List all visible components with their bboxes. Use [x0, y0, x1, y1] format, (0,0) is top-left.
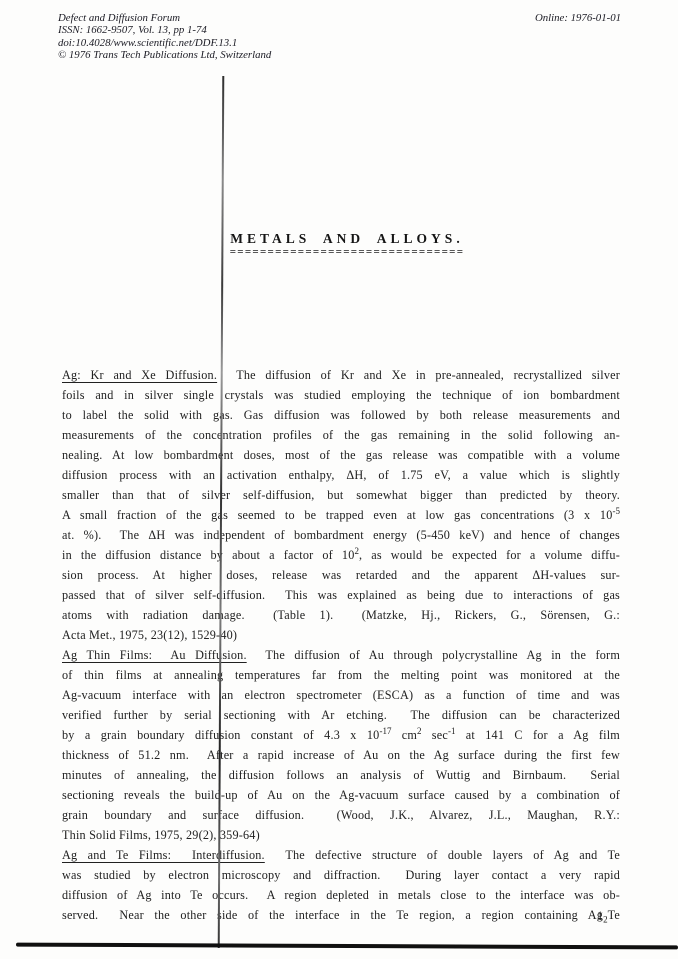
text-line: A small fraction of the gas seemed to be… — [62, 505, 620, 525]
text-line: atoms with radiation damage. (Table 1). … — [62, 605, 620, 625]
journal-name: Defect and Diffusion Forum — [58, 12, 271, 24]
article-lines: Ag: Kr and Xe Diffusion. The diffusion o… — [62, 365, 620, 925]
text-line: diffusion process with an activation ent… — [62, 465, 620, 485]
page-number: 1 — [597, 909, 603, 924]
journal-header: Defect and Diffusion Forum ISSN: 1662-95… — [58, 12, 271, 62]
scan-artifact-bottom-bar — [16, 943, 678, 950]
text-line: to label the solid with gas. Gas diffusi… — [62, 405, 620, 425]
section-title-rule: =============================== — [8, 247, 678, 257]
text-line: diffusion of Ag into Te occurs. A region… — [62, 885, 620, 905]
text-line: in the diffusion distance by about a fac… — [62, 545, 620, 565]
text-line: sectioning reveals the build-up of Au on… — [62, 785, 620, 805]
text-line: thickness of 51.2 nm. After a rapid incr… — [62, 745, 620, 765]
text-line: at. %). The ΔH was independent of bombar… — [62, 525, 620, 545]
text-line: verified further by serial sectioning wi… — [62, 705, 620, 725]
doi-line: doi:10.4028/www.scientific.net/DDF.13.1 — [58, 37, 271, 49]
page: { "header": { "left_lines": [ "Defect an… — [0, 0, 678, 959]
text-line: passed that of silver self-diffusion. Th… — [62, 585, 620, 605]
online-date: Online: 1976-01-01 — [535, 12, 621, 24]
text-line: by a grain boundary diffusion constant o… — [62, 725, 620, 745]
section-title: METALS AND ALLOYS. — [8, 231, 678, 246]
text-line: nealing. At low bombardment doses, most … — [62, 445, 620, 465]
text-line: measurements of the concentration profil… — [62, 425, 620, 445]
text-line: Acta Met., 1975, 23(12), 1529-40) — [62, 625, 620, 645]
copyright-line: © 1976 Trans Tech Publications Ltd, Swit… — [58, 49, 271, 61]
entry-heading: Ag: Kr and Xe Diffusion. — [62, 368, 217, 382]
issn-volume-line: ISSN: 1662-9507, Vol. 13, pp 1-74 — [58, 24, 271, 36]
text-line: Thin Solid Films, 1975, 29(2), 359-64) — [62, 825, 620, 845]
text-line: grain boundary and surface diffusion. (W… — [62, 805, 620, 825]
text-line: foils and in silver single crystals was … — [62, 385, 620, 405]
text-line: minutes of annealing, the diffusion foll… — [62, 765, 620, 785]
text-line: smaller than that of silver self-diffusi… — [62, 485, 620, 505]
text-line: Ag-vacuum interface with an electron spe… — [62, 685, 620, 705]
text-line: Ag and Te Films: Interdiffusion. The def… — [62, 845, 620, 865]
text-line: of thin films at annealing temperatures … — [62, 665, 620, 685]
section-title-block: METALS AND ALLOYS. =====================… — [8, 231, 678, 257]
text-line: Ag Thin Films: Au Diffusion. The diffusi… — [62, 645, 620, 665]
entry-heading: Ag and Te Films: Interdiffusion. — [62, 848, 265, 862]
text-line: sion process. At higher doses, release w… — [62, 565, 620, 585]
text-line: served. Near the other side of the inter… — [62, 905, 620, 925]
text-line: was studied by electron microscopy and d… — [62, 865, 620, 885]
text-line: Ag: Kr and Xe Diffusion. The diffusion o… — [62, 365, 620, 385]
